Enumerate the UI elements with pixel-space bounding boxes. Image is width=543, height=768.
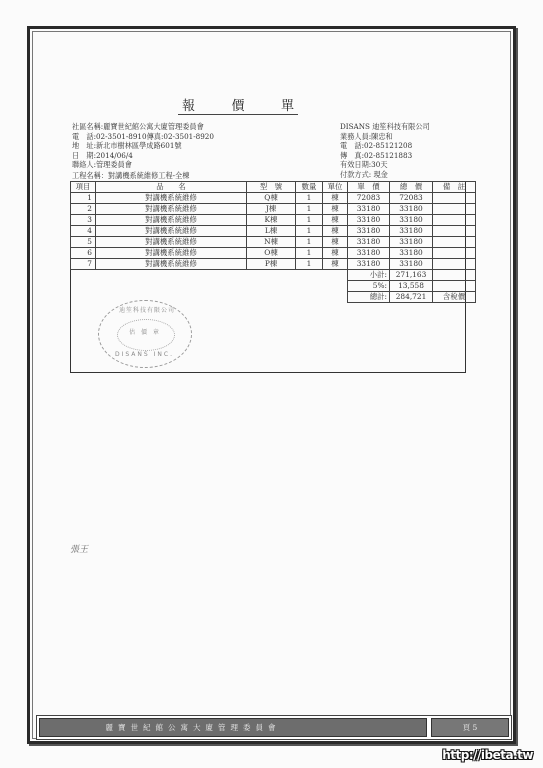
vendor-sales-rep: 業務人員:陳忠和 [340,132,430,142]
row-item: 1 [71,193,96,204]
row-unit: 棟 [323,215,348,226]
header-total-price: 總 價 [390,182,433,193]
quote-table: 項目 品 名 型 號 數量 單位 單 價 總 價 備 註 1對講機系統維修Q棟1… [70,181,476,303]
row-note [433,193,476,204]
payment-method: 付款方式: 現金 [340,170,430,180]
project-name: 工程名稱：對講機系統維修工程-全棟 [72,171,189,181]
tax-included-note: 含稅價 [433,292,476,303]
customer-address: 地 址:新北市樹林區學成路601號 [72,141,214,151]
table-row: 2對講機系統維修J棟1棟3318033180 [71,204,476,215]
row-qty: 1 [296,226,323,237]
table-row: 4對講機系統維修L棟1棟3318033180 [71,226,476,237]
vendor-phone: 電 話:02-85121208 [340,141,430,151]
row-unit-price: 33180 [348,259,390,270]
row-unit: 棟 [323,226,348,237]
row-unit: 棟 [323,259,348,270]
subtotal-row: 小計: 271,163 [71,270,476,281]
summary-spacer [71,270,348,303]
row-item: 5 [71,237,96,248]
footer-organization-text: 麗寶世紀館公寓大廈管理委員會 [106,723,281,732]
page-footer: 麗寶世紀館公寓大廈管理委員會 頁 5 [36,715,512,740]
row-qty: 1 [296,215,323,226]
grand-total-label: 總計: [348,292,390,303]
header-model: 型 號 [247,182,296,193]
row-qty: 1 [296,204,323,215]
seal-top-text: 迪笙科技有限公司 [119,305,175,314]
company-seal: 迪笙科技有限公司 估 價 章 DISANS INC. [98,300,192,368]
vendor-info: DISANS 迪笙科技有限公司 業務人員:陳忠和 電 話:02-85121208… [340,122,430,180]
row-name: 對講機系統維修 [96,248,247,259]
row-unit: 棟 [323,193,348,204]
row-total-price: 33180 [390,259,433,270]
table-header-row: 項目 品 名 型 號 數量 單位 單 價 總 價 備 註 [71,182,476,193]
row-note [433,204,476,215]
row-item: 4 [71,226,96,237]
row-unit-price: 72083 [348,193,390,204]
row-name: 對講機系統維修 [96,259,247,270]
row-model: P棟 [247,259,296,270]
row-name: 對講機系統維修 [96,237,247,248]
row-note [433,226,476,237]
subtotal-note [433,270,476,281]
title-char: 報 [182,99,195,114]
row-total-price: 72083 [390,193,433,204]
row-unit-price: 33180 [348,215,390,226]
header-note: 備 註 [433,182,476,193]
footer-organization: 麗寶世紀館公寓大廈管理委員會 [39,718,427,737]
row-note [433,248,476,259]
valid-period: 有效日期:30天 [340,160,430,170]
row-item: 7 [71,259,96,270]
table-row: 1對講機系統維修Q棟1棟7208372083 [71,193,476,204]
row-name: 對講機系統維修 [96,215,247,226]
row-name: 對講機系統維修 [96,204,247,215]
subtotal-value: 271,163 [390,270,433,281]
row-model: K棟 [247,215,296,226]
footer-page-number: 頁 5 [431,718,509,737]
row-total-price: 33180 [390,248,433,259]
table-row: 3對講機系統維修K棟1棟3318033180 [71,215,476,226]
row-total-price: 33180 [390,204,433,215]
table-row: 7對講機系統維修P棟1棟3318033180 [71,259,476,270]
row-unit-price: 33180 [348,237,390,248]
row-total-price: 33180 [390,215,433,226]
row-item: 6 [71,248,96,259]
tax-value: 13,558 [390,281,433,292]
table-row: 6對講機系統維修O棟1棟3318033180 [71,248,476,259]
row-unit: 棟 [323,248,348,259]
row-item: 2 [71,204,96,215]
row-model: O棟 [247,248,296,259]
row-item: 3 [71,215,96,226]
customer-info: 社區名稱:麗寶世紀館公寓大廈管理委員會 電 話:02-3501-8910傳真:0… [72,122,214,170]
row-unit-price: 33180 [348,226,390,237]
row-unit-price: 33180 [348,204,390,215]
quote-date: 日 期:2014/06/4 [72,151,214,161]
row-unit: 棟 [323,237,348,248]
title-char: 單 [281,99,294,114]
row-model: L棟 [247,226,296,237]
row-qty: 1 [296,259,323,270]
row-unit-price: 33180 [348,248,390,259]
row-name: 對講機系統維修 [96,226,247,237]
customer-contact: 聯絡人:管理委員會 [72,160,214,170]
community-name: 社區名稱:麗寶世紀館公寓大廈管理委員會 [72,122,214,132]
row-model: N棟 [247,237,296,248]
row-unit: 棟 [323,204,348,215]
row-qty: 1 [296,248,323,259]
tax-label: 5%: [348,281,390,292]
signature: 張王 [70,542,88,555]
header-unit: 單位 [323,182,348,193]
row-note [433,215,476,226]
row-name: 對講機系統維修 [96,193,247,204]
row-note [433,237,476,248]
row-total-price: 33180 [390,226,433,237]
header-name: 品 名 [96,182,247,193]
header-qty: 數量 [296,182,323,193]
grand-total-value: 284,721 [390,292,433,303]
header-item: 項目 [71,182,96,193]
subtotal-label: 小計: [348,270,390,281]
row-qty: 1 [296,193,323,204]
vendor-company: DISANS 迪笙科技有限公司 [340,122,430,132]
seal-bottom-text: DISANS INC. [115,351,174,358]
row-model: Q棟 [247,193,296,204]
seal-middle-text: 估 價 章 [99,327,191,336]
title-char: 價 [231,99,244,114]
document-title: 報 價 單 [178,99,298,115]
table-row: 5對講機系統維修N棟1棟3318033180 [71,237,476,248]
row-model: J棟 [247,204,296,215]
row-note [433,259,476,270]
row-total-price: 33180 [390,237,433,248]
watermark: http://ibeta.tw [442,748,533,762]
customer-phone-fax: 電 話:02-3501-8910傳真:02-3501-8920 [72,132,214,142]
vendor-fax: 傳 真:02-85121883 [340,151,430,161]
tax-note [433,281,476,292]
header-unit-price: 單 價 [348,182,390,193]
row-qty: 1 [296,237,323,248]
